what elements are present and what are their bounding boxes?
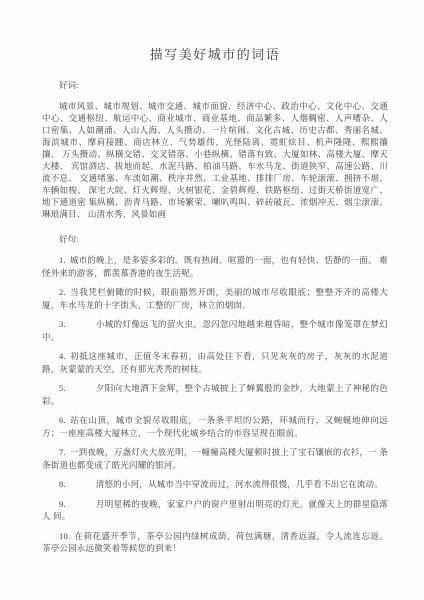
sentence-item: 1.城市的晚上，是多姿多彩的。既有热闹、喧嚣的一面，也有轻快、恬静的一面。 难怪…: [42, 254, 388, 279]
sentence-number: 8.: [59, 479, 66, 489]
sentence-text: 城市的晚上，是多姿多彩的。既有热闹、喧嚣的一面，也有轻快、恬静的一面。 难怪外来…: [42, 255, 388, 278]
sentence-text: 小城的灯像远飞的萤火虫，忽闪忽闪地越来越昏暗，整个城市像笼罩在梦幻中。: [42, 319, 388, 342]
sentence-number: 4.: [59, 351, 66, 361]
document-title: 描写美好城市的词语: [42, 44, 388, 63]
good-sentences-label: 好句:: [42, 233, 388, 245]
sentence-item: 5.夕阳向大地洒下金辉，整个古城披上了蝉翼般的金纱，大地蒙上了神秘的色彩。: [42, 382, 388, 407]
good-words-text: 城市风景、城市规划、城市交通、城市面貌、经济中心、政治中心、文化中心、交通 中心…: [42, 100, 388, 220]
sentence-number: 9.: [59, 499, 66, 509]
sentence-item: 10.在荷花盛开季节，茶亭公园内绿树成荫，荷包满塘，清香远溢，令人流连忘返。 茶…: [42, 530, 388, 555]
sentence-text: 初抵这座城市，正值冬末春初，由高处往下看，只见灰灰的房子，灰灰的水泥道 路，灰蒙…: [42, 351, 388, 374]
sentence-text: 当我凭栏俯瞰的时候，眼前豁然开朗，美丽的城市尽收眼底；整整齐齐的高楼大 厦，车水…: [42, 287, 388, 310]
sentence-number: 3.: [59, 319, 66, 329]
sentence-text: 月明星稀的夜晚，家家户户的窗户里射出明亮的灯光，就像天上的群星隐落人 间。: [42, 499, 388, 522]
sentence-text: 一到夜晚，万盏灯火大放光明，一幢幢高楼大厦顿时披上了宝石镶嵌的衣衫，一 条条街道…: [42, 447, 388, 470]
sentence-number: 2.: [59, 287, 66, 297]
sentence-number: 5.: [59, 383, 66, 393]
sentence-item: 7.一到夜晚，万盏灯火大放光明，一幢幢高楼大厦顿时披上了宝石镶嵌的衣衫，一 条条…: [42, 446, 388, 471]
document-page: 描写美好城市的词语 好词: 城市风景、城市规划、城市交通、城市面貌、经济中心、政…: [0, 0, 424, 600]
sentence-text: 清悠的小河，从城市当中穿流而过，河水流得很慢，几乎看不出它在流动。: [96, 479, 383, 489]
good-words-label: 好词:: [42, 79, 388, 91]
sentence-number: 10.: [59, 531, 70, 541]
sentence-item: 8.清悠的小河，从城市当中穿流而过，河水流得很慢，几乎看不出它在流动。: [42, 478, 388, 491]
sentence-number: 6.: [59, 415, 66, 425]
sentence-item: 3.小城的灯像远飞的萤火虫，忽闪忽闪地越来越昏暗，整个城市像笼罩在梦幻中。: [42, 318, 388, 343]
sentence-item: 6.站在山顶，城市全貌尽收眼底，一条条平坦的公路，环城而行，又蜿蜒地伸向远 方；…: [42, 414, 388, 439]
sentence-text: 夕阳向大地洒下金辉，整个古城披上了蝉翼般的金纱，大地蒙上了神秘的色彩。: [42, 383, 388, 406]
sentence-text: 站在山顶，城市全貌尽收眼底，一条条平坦的公路，环城而行，又蜿蜒地伸向远 方；一座…: [42, 415, 388, 438]
sentence-number: 7.: [59, 447, 66, 457]
sentence-item: 2.当我凭栏俯瞰的时候，眼前豁然开朗，美丽的城市尽收眼底；整整齐齐的高楼大 厦，…: [42, 286, 388, 311]
sentence-text: 在荷花盛开季节，茶亭公园内绿树成荫，荷包满塘，清香远溢，令人流连忘返。 茶亭公园…: [42, 531, 388, 554]
sentence-number: 1.: [59, 255, 66, 265]
sentence-item: 9.月明星稀的夜晚，家家户户的窗户里射出明亮的灯光，就像天上的群星隐落人 间。: [42, 498, 388, 523]
sentence-item: 4.初抵这座城市，正值冬末春初，由高处往下看，只见灰灰的房子，灰灰的水泥道 路，…: [42, 350, 388, 375]
